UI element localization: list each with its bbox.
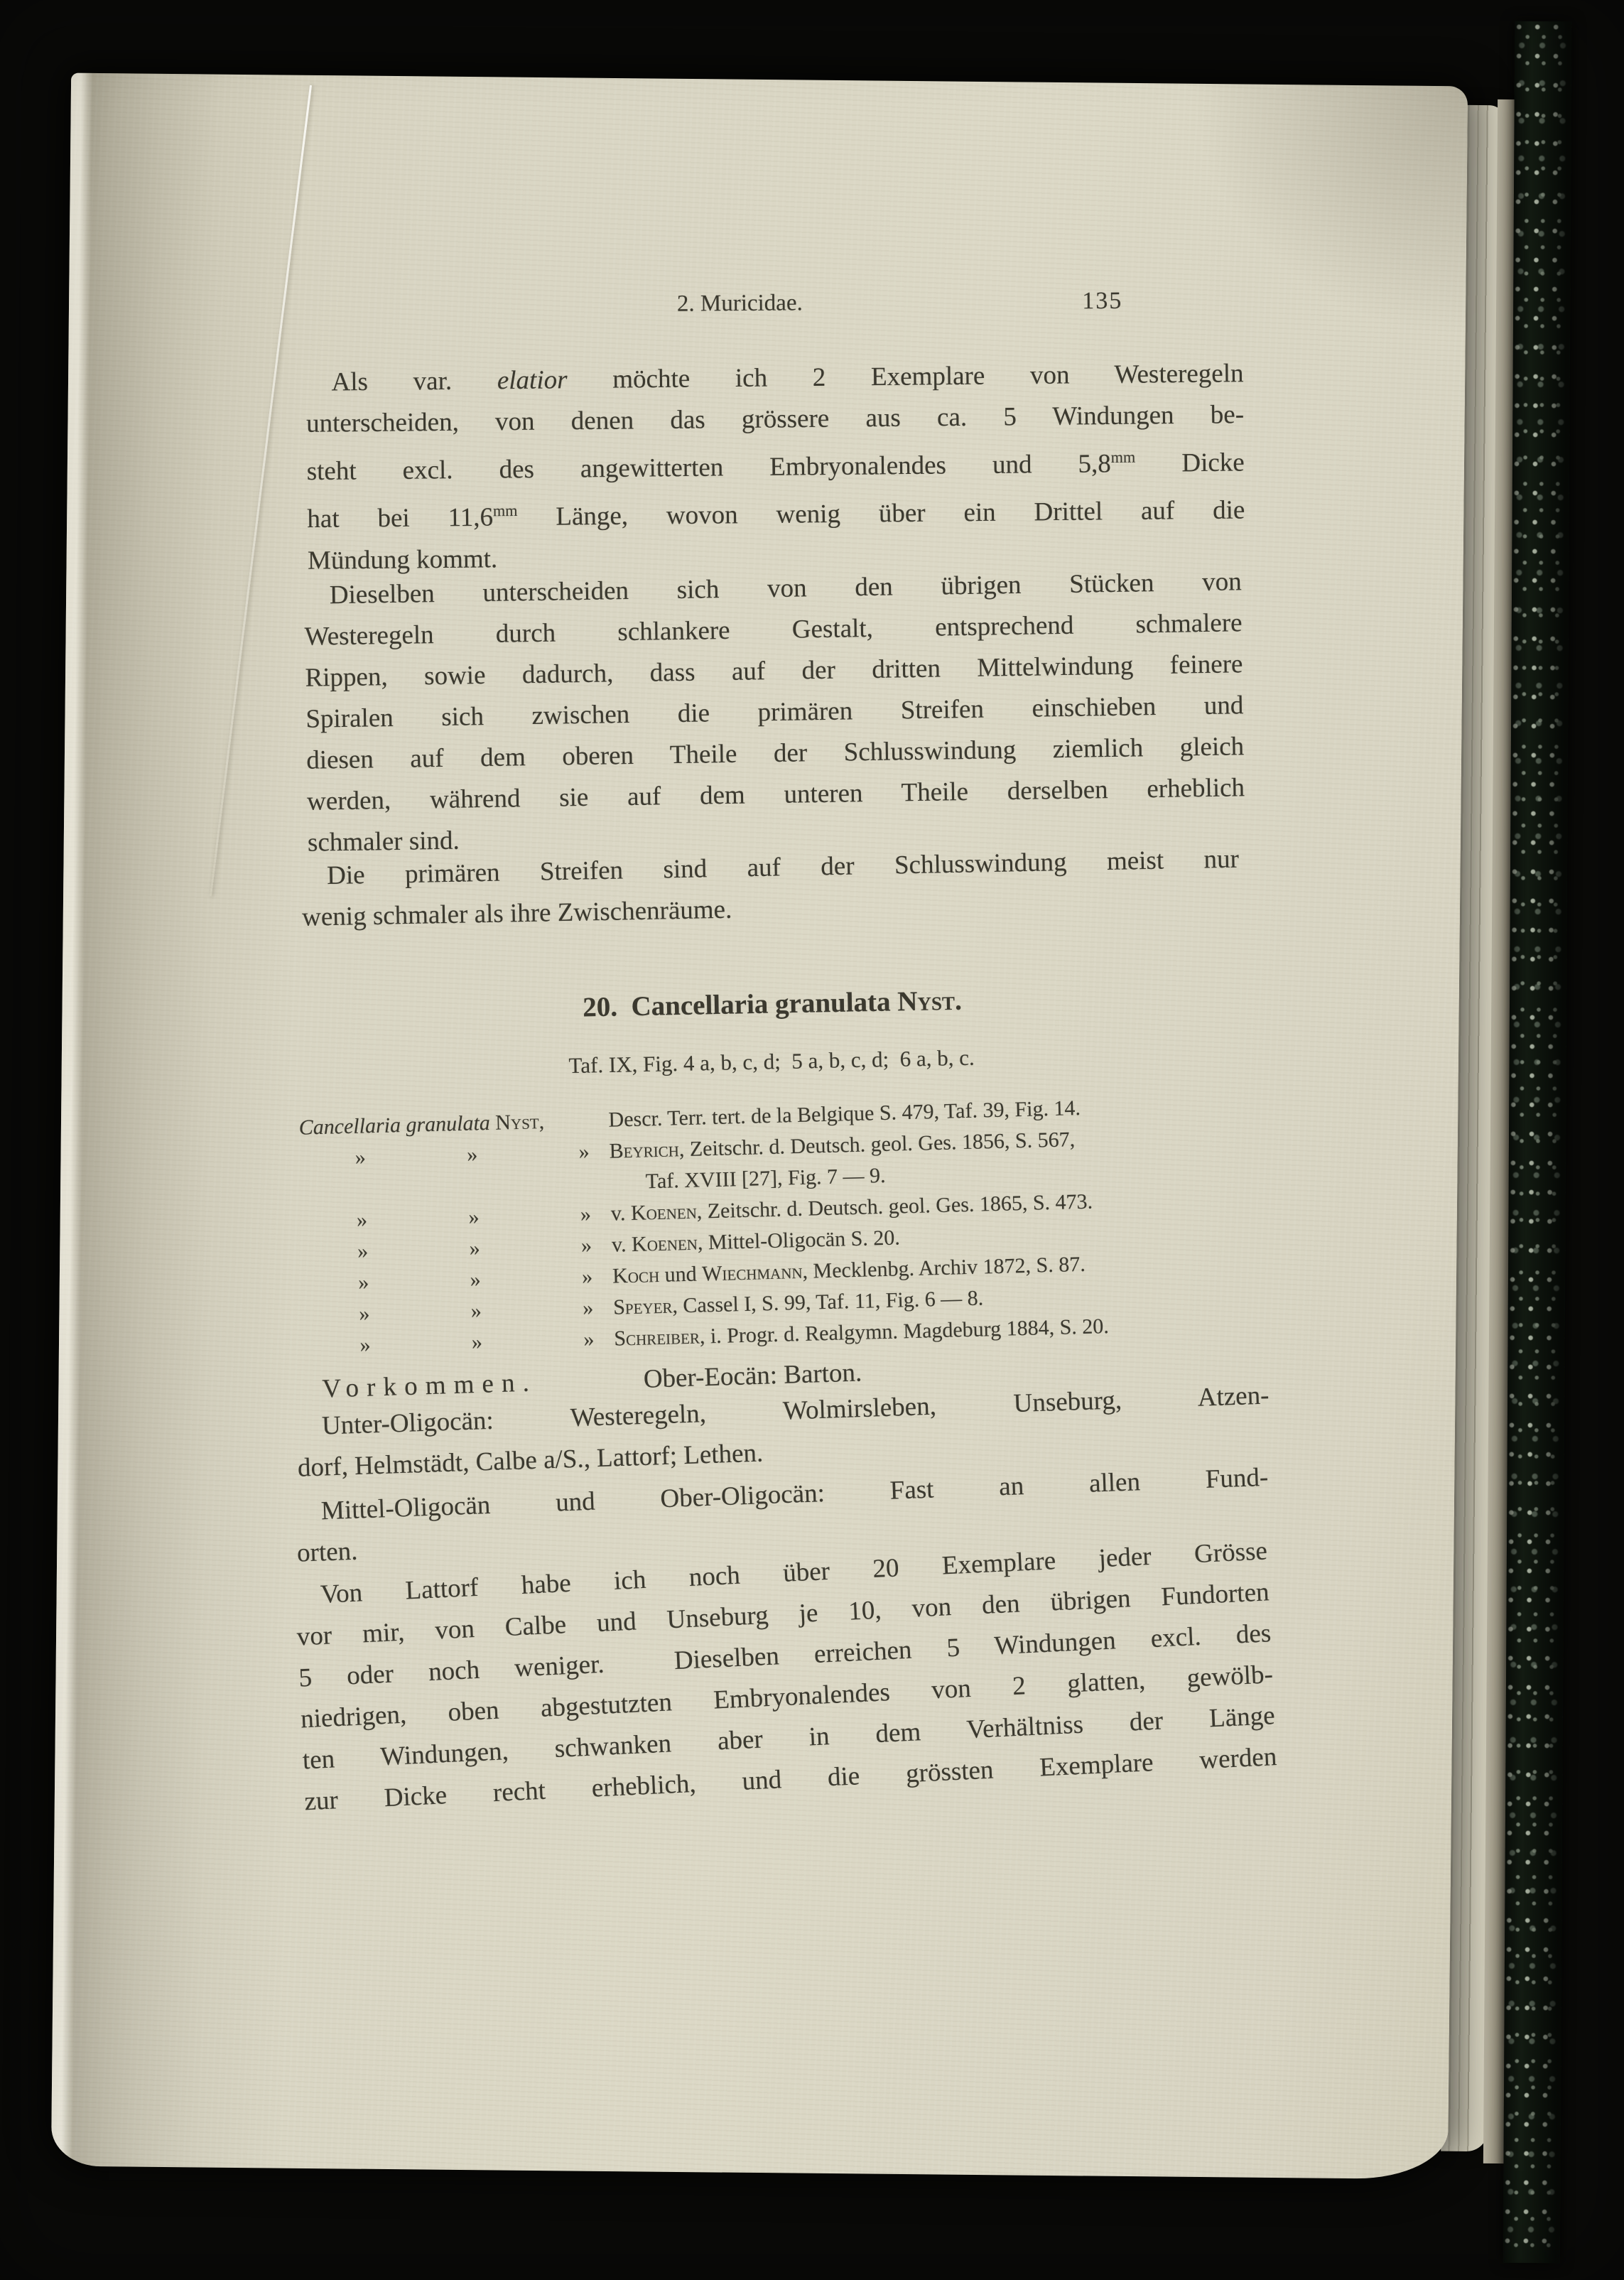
page-number: 135 [1082, 288, 1122, 315]
body-paragraph: Die primären Streifen sind auf der Schlu… [301, 839, 1240, 939]
book-photo-scene: 2. Muricidae. 135 Als var. elatior möcht… [0, 0, 1624, 2280]
body-paragraph: Als var. elatior möchte ich 2 Exemplare … [305, 353, 1245, 581]
marbled-cover-edge [1503, 21, 1572, 2263]
running-title: 2. Muricidae. [677, 290, 803, 317]
closing-paragraph: Von Lattorf habe ich noch über 20 Exempl… [294, 1530, 1278, 1822]
page-crease [210, 85, 312, 897]
body-paragraph: Dieselben unterscheiden sich von den übr… [303, 561, 1245, 864]
page-header: 2. Muricidae. 135 [306, 286, 1244, 330]
synonymy-ditto-cell: »»» [299, 1136, 610, 1206]
book-page: 2. Muricidae. 135 Als var. elatior möcht… [51, 73, 1468, 2180]
gutter-shadow [51, 73, 305, 2168]
species-heading: 20. Cancellaria granulata Nyst. [300, 979, 1274, 1029]
plate-caption: Taf. IX, Fig. 4 a, b, c, d; 5 a, b, c, d… [299, 1039, 1272, 1084]
synonymy-list: Cancellaria granulata Nyst, Descr. Terr.… [298, 1088, 1277, 1363]
